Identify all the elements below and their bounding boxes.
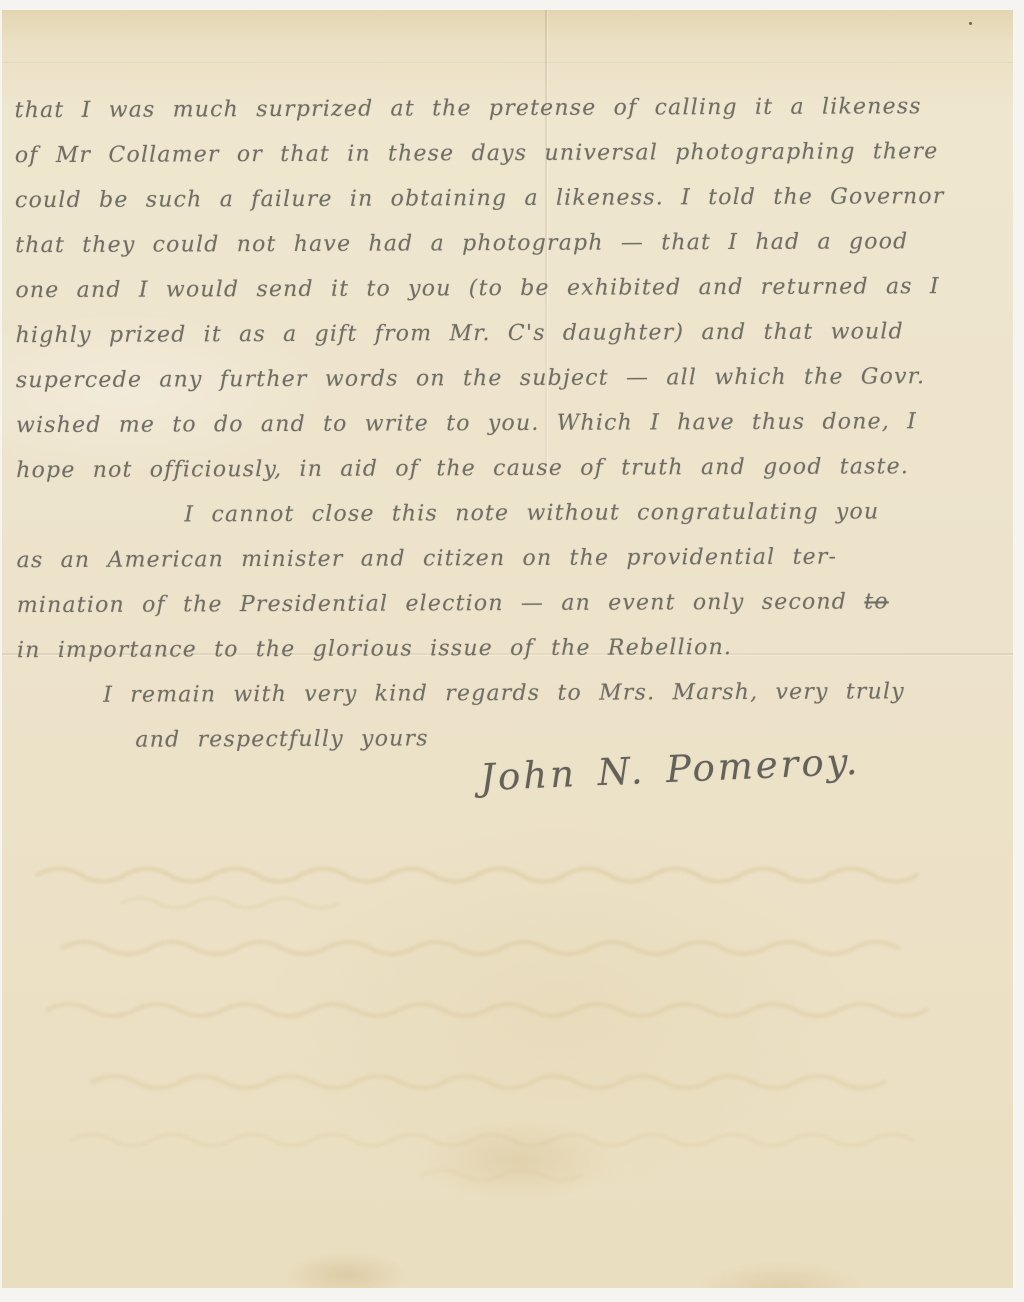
letter-line: one and I would send it to you (to be ex… bbox=[15, 264, 1001, 313]
letter-line: that they could not have had a photograp… bbox=[15, 219, 1001, 268]
scanner-margin-right bbox=[1013, 0, 1024, 1302]
letter-line: wished me to do and to write to you. Whi… bbox=[16, 399, 1002, 448]
letter-line: I cannot close this note without congrat… bbox=[16, 489, 1002, 538]
letter-line: supercede any further words on the subje… bbox=[16, 354, 1002, 403]
scanner-margin-bottom bbox=[0, 1288, 1024, 1302]
scanner-margin-left bbox=[0, 0, 2, 1302]
scanned-letter-page: that I was much surprized at the pretens… bbox=[0, 0, 1024, 1302]
letter-line: highly prized it as a gift from Mr. C's … bbox=[16, 309, 1002, 358]
letter-text-block: that I was much surprized at the pretens… bbox=[15, 84, 1004, 763]
struck-out-word: to bbox=[864, 589, 889, 614]
fold-crease-top bbox=[2, 62, 1013, 63]
letter-line: could be such a failure in obtaining a l… bbox=[15, 174, 1001, 223]
letter-line: mination of the Presidential election — … bbox=[17, 579, 1003, 628]
letter-line: that I was much surprized at the pretens… bbox=[15, 84, 1001, 133]
letter-line: I remain with very kind regards to Mrs. … bbox=[17, 669, 1003, 718]
scanner-margin-top bbox=[0, 0, 1024, 10]
letter-line: of Mr Collamer or that in these days uni… bbox=[15, 129, 1001, 178]
letter-line-text: mination of the Presidential election — … bbox=[17, 590, 847, 619]
letter-line: hope not officiously, in aid of the caus… bbox=[16, 444, 1002, 493]
paper-speck bbox=[969, 22, 972, 25]
letter-paper: that I was much surprized at the pretens… bbox=[2, 10, 1013, 1288]
letter-line: in importance to the glorious issue of t… bbox=[17, 624, 1003, 673]
letter-line: as an American minister and citizen on t… bbox=[16, 534, 1002, 583]
